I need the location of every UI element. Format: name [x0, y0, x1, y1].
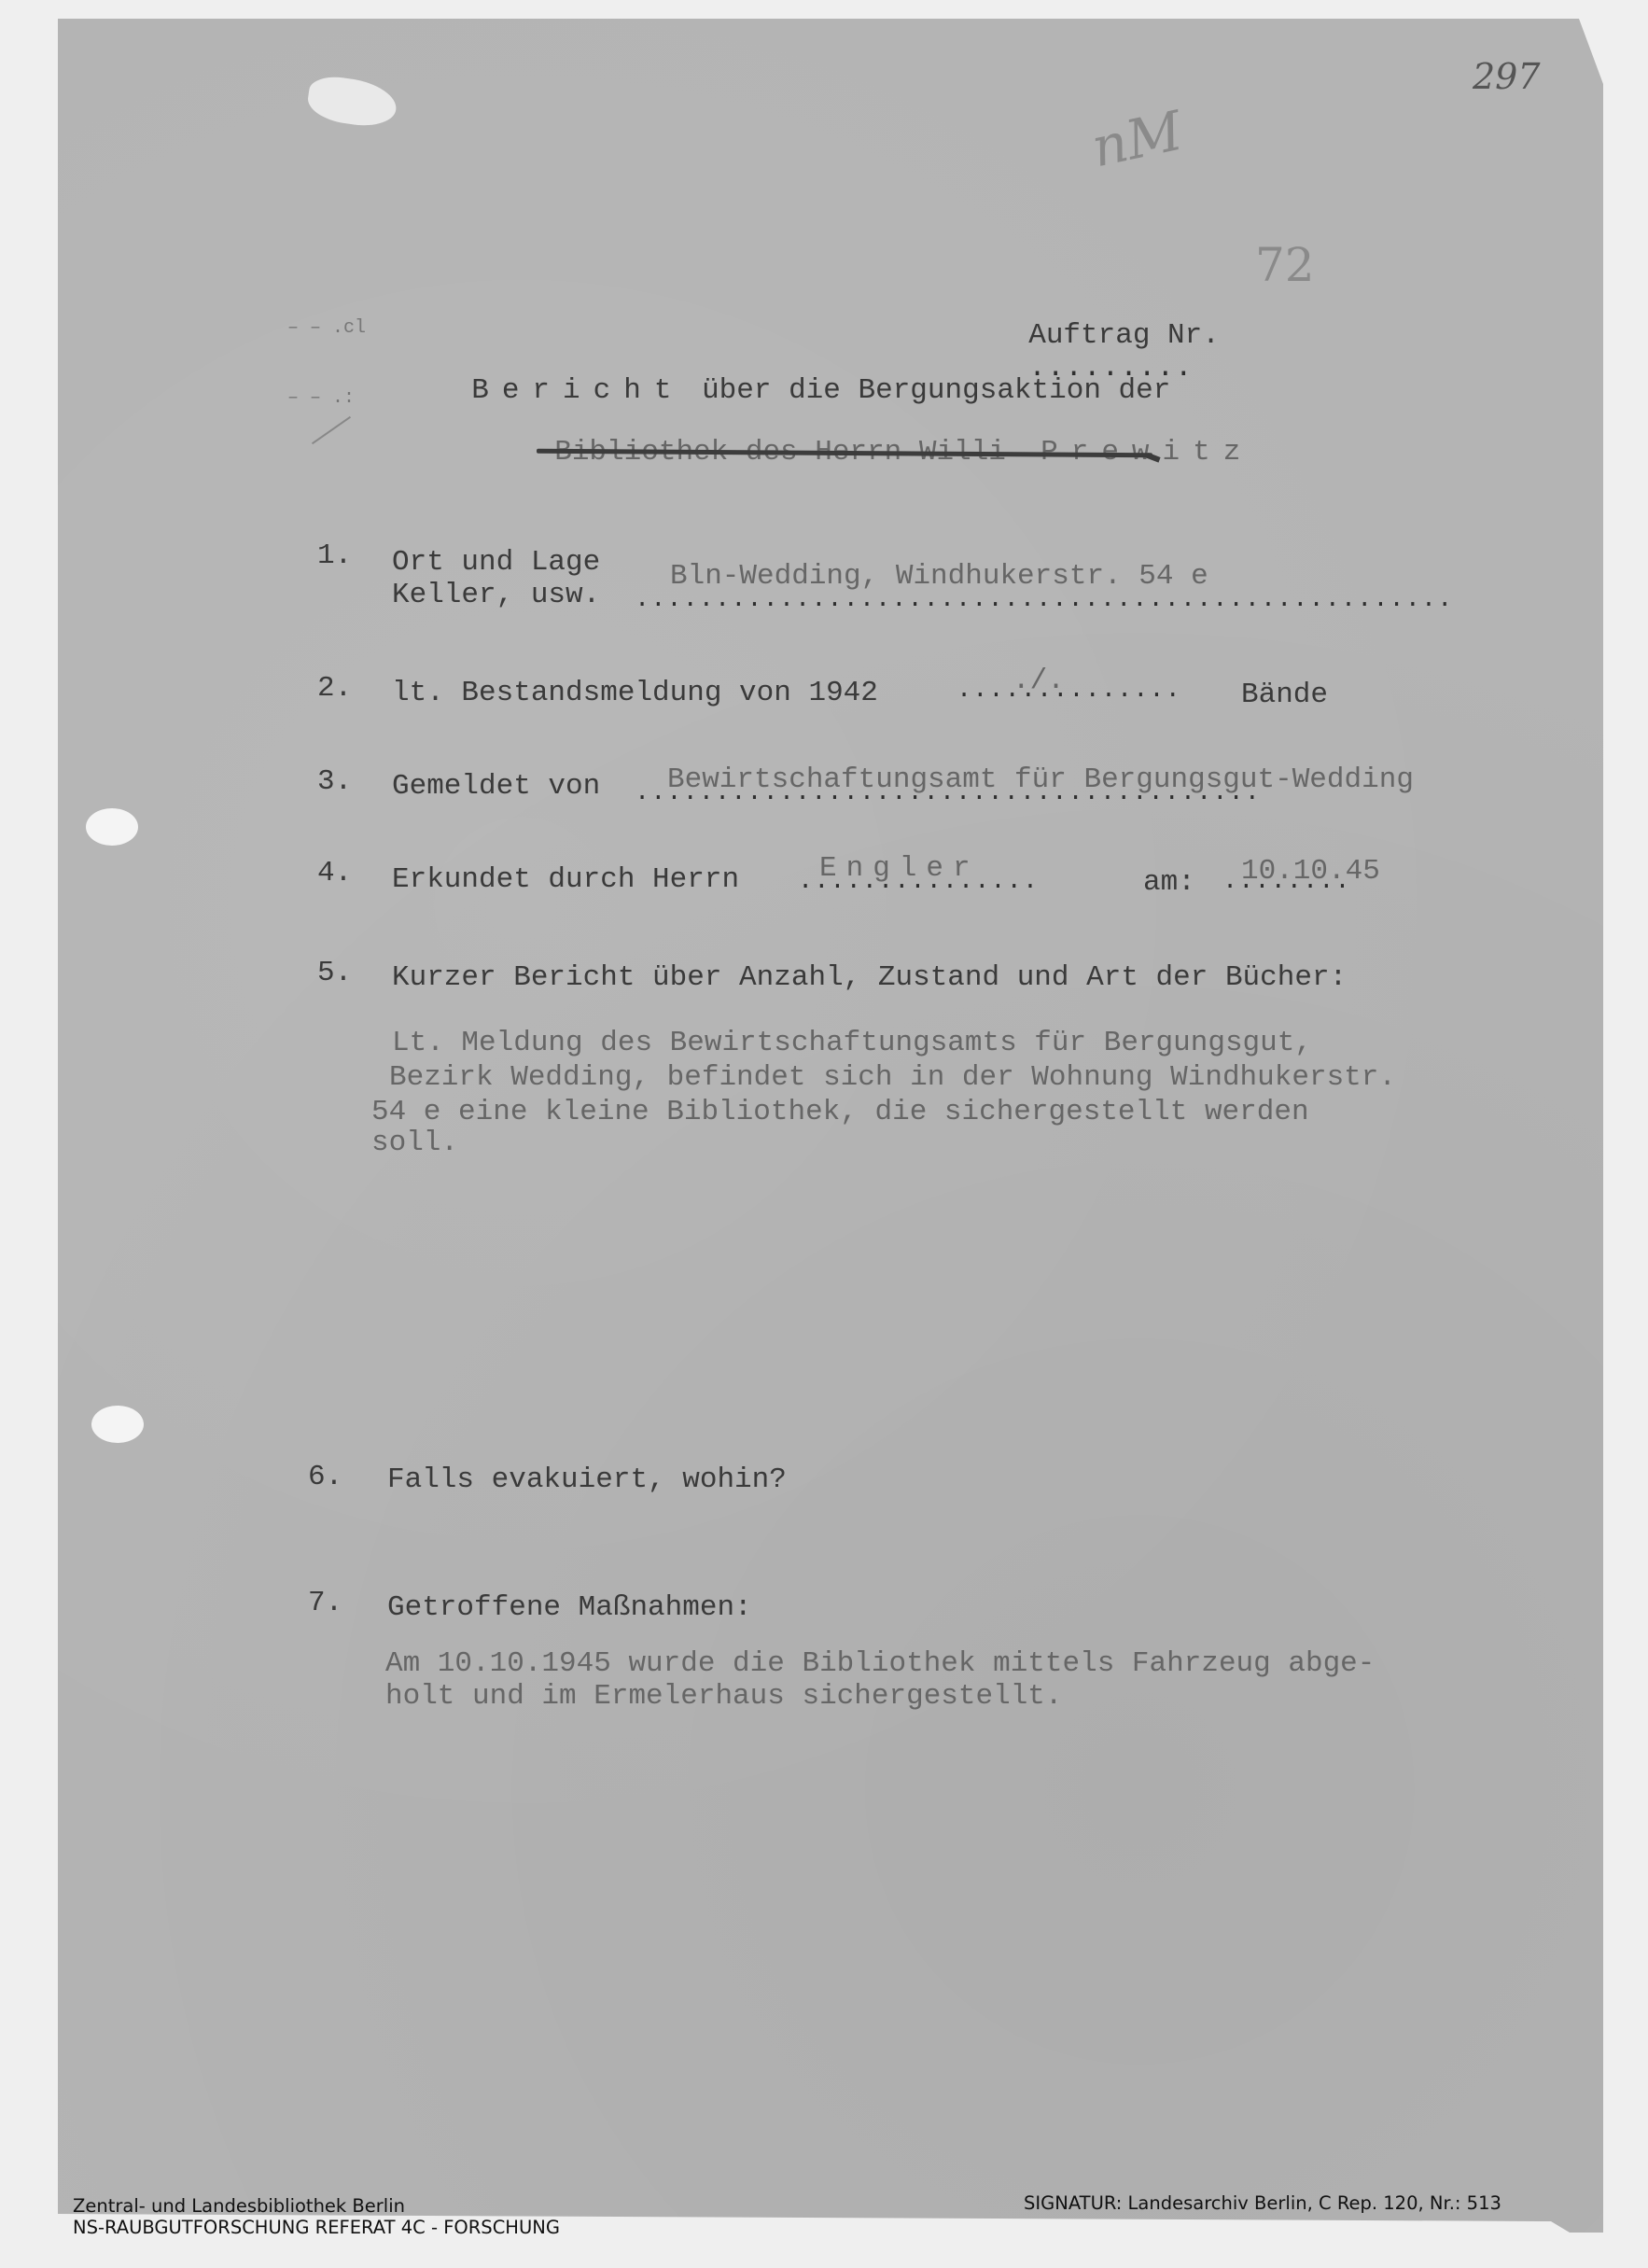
title-line-2: Bibliothek des Herrn Willi Prewitz — [520, 403, 1253, 469]
item-4-date-dots: ........ — [1222, 868, 1351, 896]
page-number-handwritten: 297 — [1473, 56, 1541, 97]
item-4-date-label: am: — [1143, 866, 1195, 899]
item-1-label-2: Keller, usw. — [392, 579, 600, 611]
item-1-label-1: Ort und Lage — [392, 546, 600, 579]
footer-institution: Zentral- und Landesbibliothek Berlin NS-… — [73, 2195, 560, 2238]
footer-library: Zentral- und Landesbibliothek Berlin — [73, 2195, 560, 2217]
item-6-label: Falls evakuiert, wohin? — [387, 1463, 787, 1496]
item-1-number: 1. — [317, 539, 352, 572]
margin-mark: – – .: — [287, 387, 355, 409]
item-2-dots: .............. — [957, 677, 1181, 705]
item-7-number: 7. — [308, 1587, 342, 1619]
item-5-text-1: Lt. Meldung des Bewirtschaftungsamts für… — [392, 1027, 1312, 1059]
item-6-number: 6. — [308, 1461, 342, 1493]
item-5-text-4: soll. — [371, 1127, 458, 1159]
item-1-dots: ........................................… — [635, 586, 1453, 614]
item-5-text-2: Bezirk Wedding, befindet sich in der Woh… — [389, 1061, 1396, 1094]
order-number-handwritten: 72 — [1255, 238, 1315, 292]
title-bericht: Bericht — [471, 374, 684, 407]
item-4-label: Erkundet durch Herrn — [392, 863, 739, 896]
punch-hole-top — [86, 808, 138, 846]
item-7-text-2: holt und im Ermelerhaus sichergestellt. — [385, 1680, 1063, 1713]
item-2-label: lt. Bestandsmeldung von 1942 — [392, 677, 878, 709]
footer-department: NS-RAUBGUTFORSCHUNG REFERAT 4C - FORSCHU… — [73, 2217, 560, 2238]
title-line-1: Bericht über die Bergungsaktion der — [437, 342, 1170, 407]
item-2-number: 2. — [317, 672, 352, 705]
footer-signature: SIGNATUR: Landesarchiv Berlin, C Rep. 12… — [1024, 2192, 1501, 2214]
item-2-suffix: Bände — [1241, 679, 1328, 711]
margin-mark: – – .cl — [287, 317, 366, 339]
item-5-text-3: 54 e eine kleine Bibliothek, die sicherg… — [371, 1096, 1309, 1128]
item-4-dots: ............... — [798, 868, 1039, 896]
title-line1-rest: über die Bergungsaktion der — [702, 374, 1170, 407]
item-4-number: 4. — [317, 857, 352, 889]
item-3-number: 3. — [317, 765, 352, 798]
punch-hole-bottom — [91, 1406, 144, 1443]
item-3-label: Gemeldet von — [392, 770, 600, 803]
item-5-label: Kurzer Bericht über Anzahl, Zustand und … — [392, 961, 1347, 994]
item-7-label: Getroffene Maßnahmen: — [387, 1591, 752, 1624]
item-5-number: 5. — [317, 957, 352, 989]
item-7-text-1: Am 10.10.1945 wurde die Bibliothek mitte… — [385, 1647, 1375, 1680]
item-3-dots: ....................................... — [635, 779, 1261, 807]
